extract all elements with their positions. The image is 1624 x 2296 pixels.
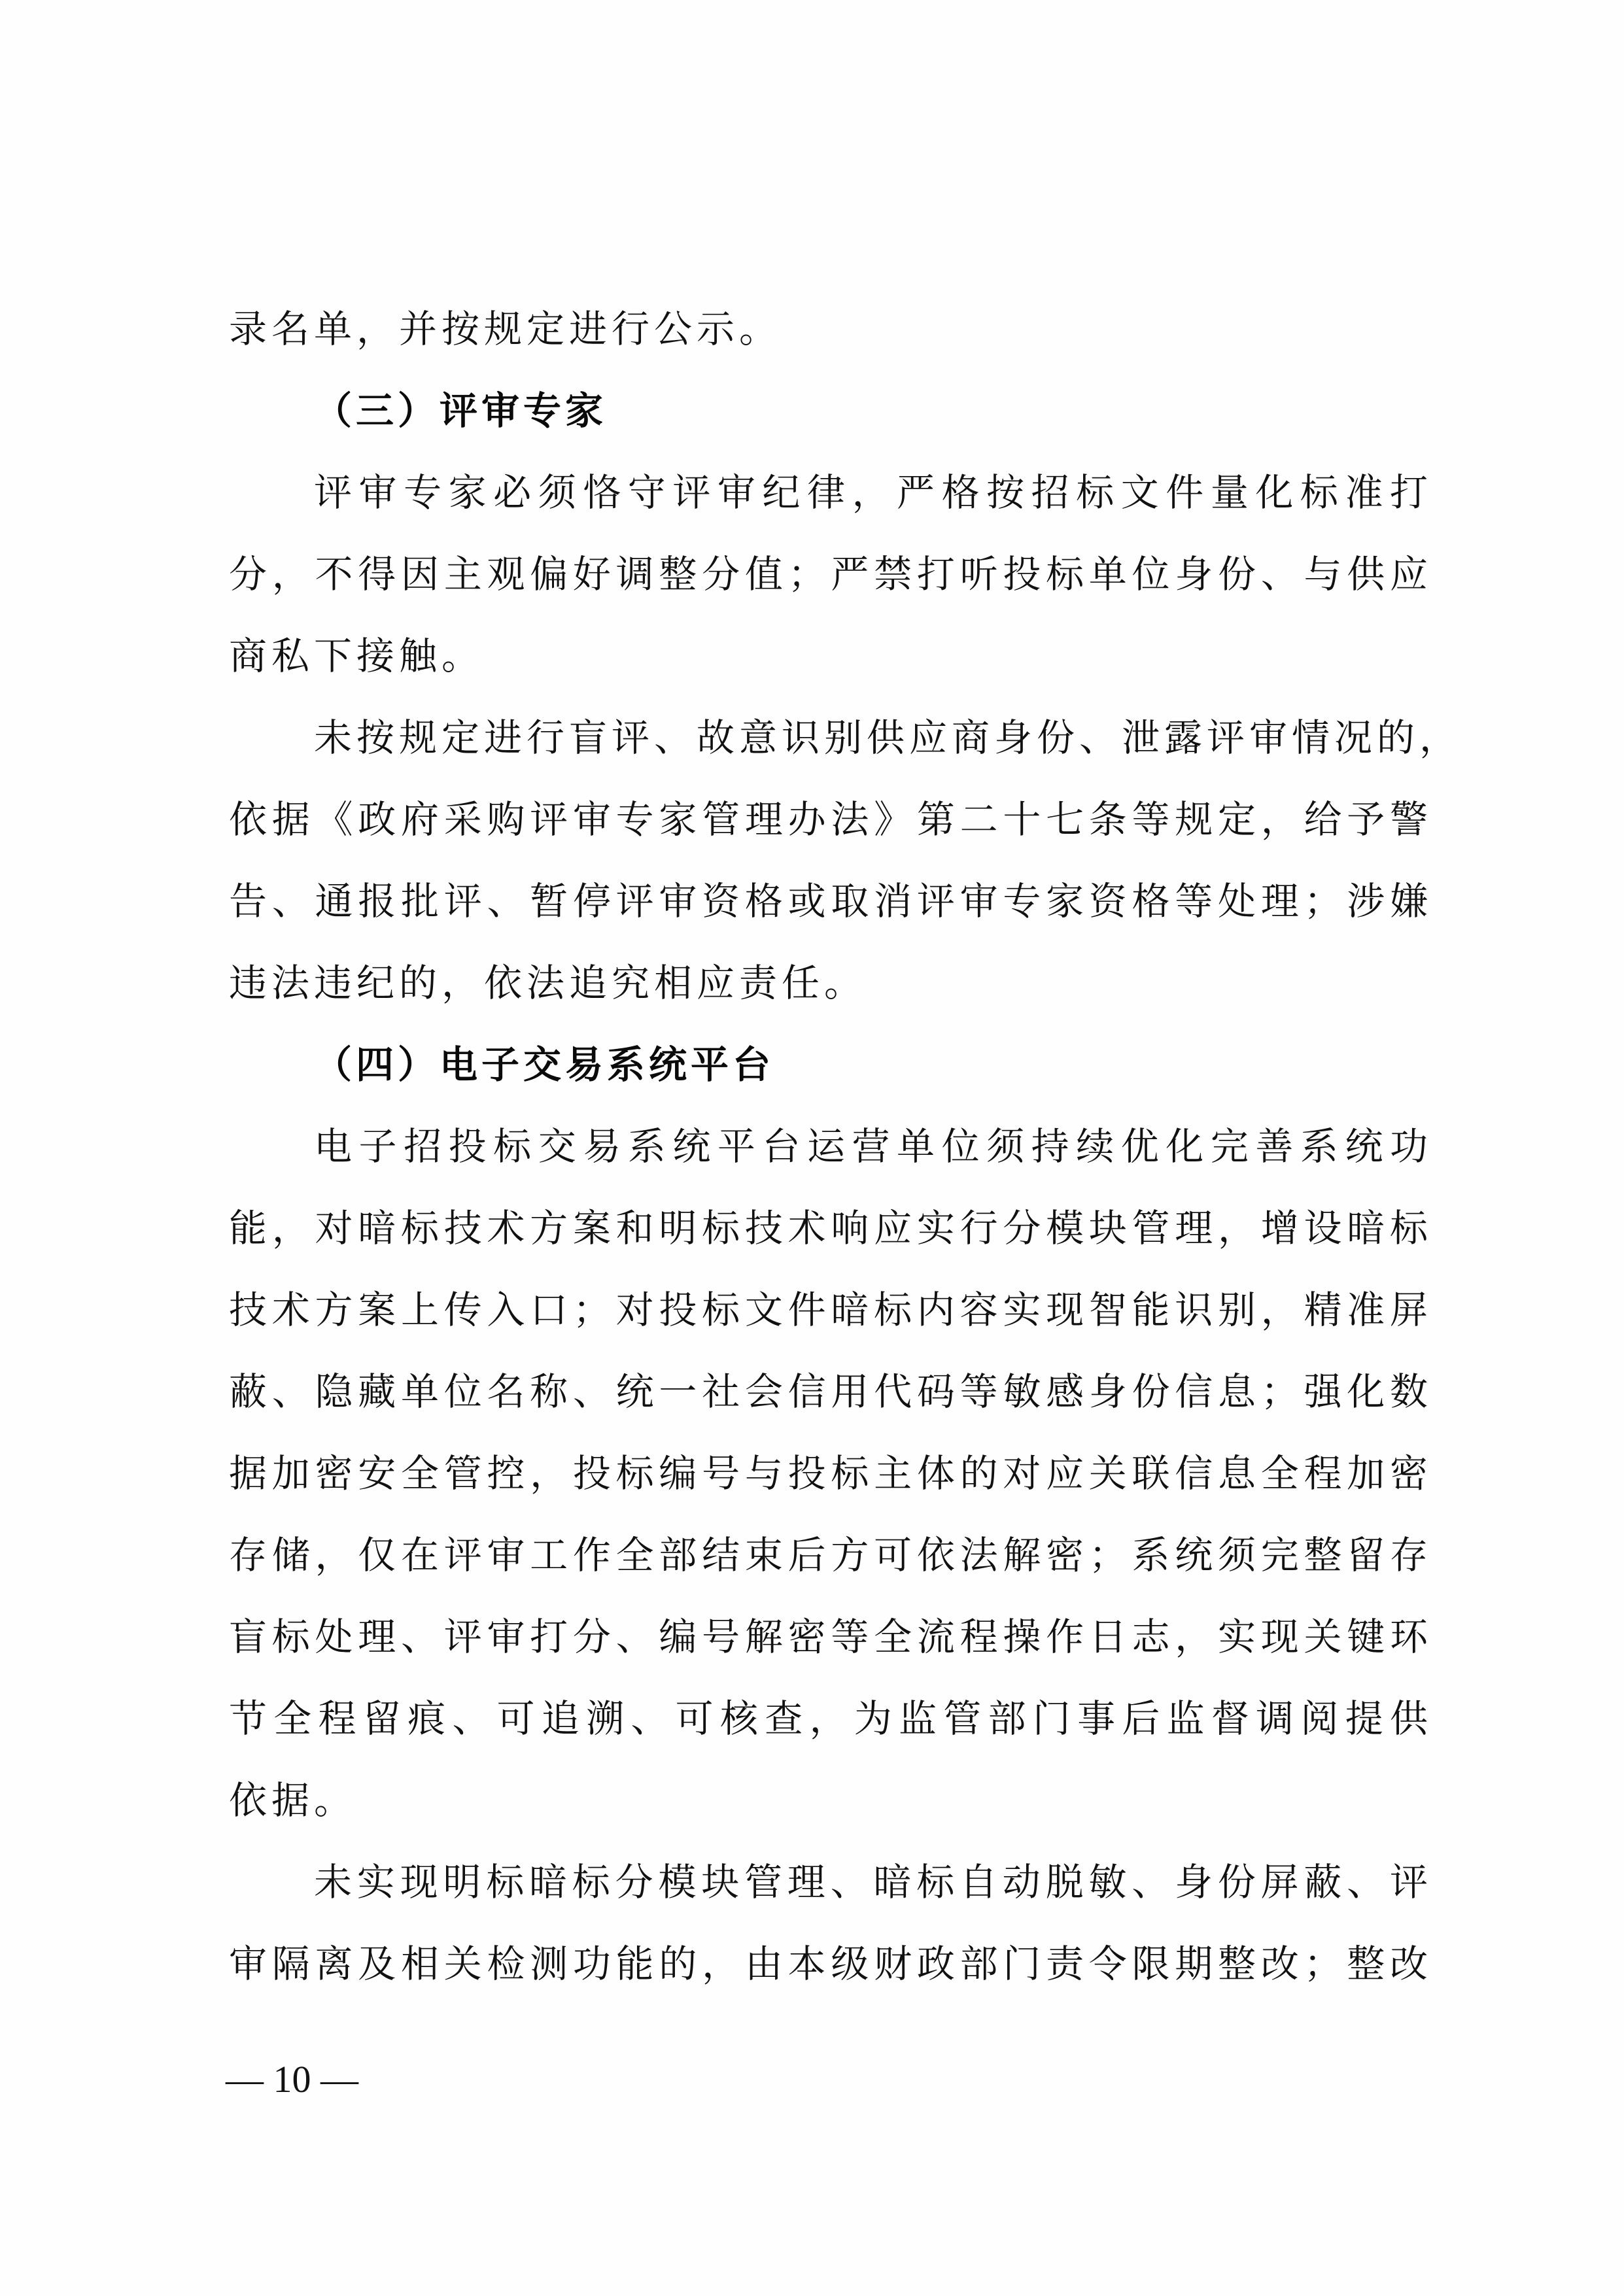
paragraph-line: 电子招投标交易系统平台运营单位须持续优化完善系统功: [314, 1123, 1432, 1169]
paragraph-line: 分，不得因主观偏好调整分值；严禁打听投标单位身份、与供应: [229, 551, 1432, 597]
paragraph-line: 能，对暗标技术方案和明标技术响应实行分模块管理，增设暗标: [229, 1205, 1432, 1251]
paragraph-line: 依据《政府采购评审专家管理办法》第二十七条等规定，给予警: [229, 797, 1432, 842]
paragraph-line: 录名单，并按规定进行公示。: [229, 306, 1432, 352]
paragraph-line: 盲标处理、评审打分、编号解密等全流程操作日志，实现关键环: [229, 1614, 1432, 1660]
paragraph-line: 蔽、隐藏单位名称、统一社会信用代码等敏感身份信息；强化数: [229, 1369, 1432, 1414]
paragraph-line: 审隔离及相关检测功能的，由本级财政部门责令限期整改；整改: [229, 1941, 1432, 1987]
paragraph-line: 违法违纪的，依法追究相应责任。: [229, 960, 1432, 1006]
paragraph-line: 未实现明标暗标分模块管理、暗标自动脱敏、身份屏蔽、评: [314, 1859, 1432, 1905]
paragraph-line: 据加密安全管控，投标编号与投标主体的对应关联信息全程加密: [229, 1450, 1432, 1496]
document-page: 录名单，并按规定进行公示。 （三）评审专家 评审专家必须恪守评审纪律，严格按招标…: [0, 0, 1624, 2296]
paragraph-line: 告、通报批评、暂停评审资格或取消评审专家资格等处理；涉嫌: [229, 878, 1432, 924]
paragraph-line: 评审专家必须恪守评审纪律，严格按招标文件量化标准打: [314, 470, 1432, 515]
section-heading-e-trading-platform: （四）电子交易系统平台: [314, 1042, 774, 1088]
page-number: — 10 —: [226, 2057, 358, 2102]
paragraph-line: 存储，仅在评审工作全部结束后方可依法解密；系统须完整留存: [229, 1532, 1432, 1578]
paragraph-line: 节全程留痕、可追溯、可核查，为监管部门事后监督调阅提供: [229, 1696, 1432, 1741]
paragraph-line: 商私下接触。: [229, 633, 1432, 679]
paragraph-line: 未按规定进行盲评、故意识别供应商身份、泄露评审情况的，: [314, 715, 1432, 761]
paragraph-line: 技术方案上传入口；对投标文件暗标内容实现智能识别，精准屏: [229, 1287, 1432, 1333]
paragraph-line: 依据。: [229, 1777, 1432, 1823]
section-heading-review-experts: （三）评审专家: [314, 388, 607, 434]
